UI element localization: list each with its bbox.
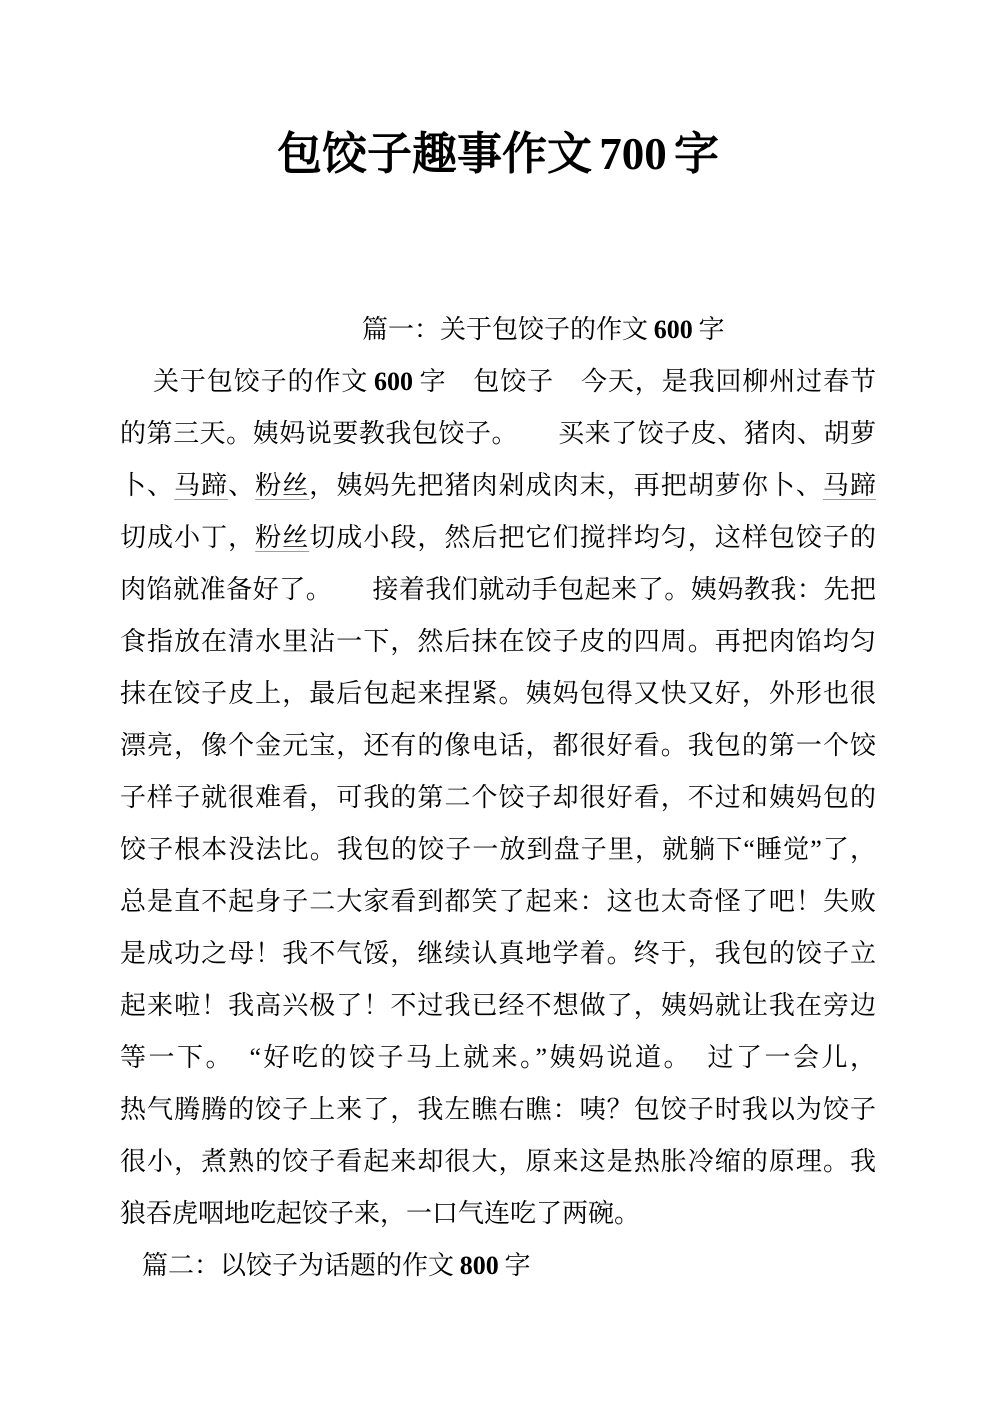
paragraph-line: 起来啦！我高兴极了！不过我已经不想做了，姨妈就让我在旁边 — [120, 980, 876, 1032]
text-run: 热气腾腾的饺子上来了，我左瞧右瞧：咦？包饺子时我以为饺子 — [120, 1095, 876, 1124]
paragraph-line: 的第三天。姨妈说要教我包饺子。 买来了饺子皮、猪肉、胡萝 — [120, 408, 876, 460]
text-run: 、 — [228, 471, 255, 500]
document-page: 包饺子趣事作文700字 篇一：关于包饺子的作文600字 关于包饺子的作文600字… — [0, 0, 993, 1404]
text-run: 的第三天。姨妈说要教我包饺子。 买来了饺子皮、猪肉、胡萝 — [120, 419, 876, 448]
paragraph-line: 漂亮，像个金元宝，还有的像电话，都很好看。我包的第一个饺 — [120, 720, 876, 772]
text-run: ，姨妈先把猪肉剁成肉末，再把胡萝你卜、 — [309, 471, 823, 500]
paragraph-line: 热气腾腾的饺子上来了，我左瞧右瞧：咦？包饺子时我以为饺子 — [120, 1084, 876, 1136]
text-run: 饺子根本没法比。我包的饺子一放到盘子里，就躺下“睡觉”了， — [120, 835, 876, 864]
number-text: 800 — [460, 1251, 499, 1280]
marked-word: 马蹄 — [174, 471, 228, 500]
text-run: 食指放在清水里沾一下，然后抹在饺子皮的四周。再把肉馅均匀 — [120, 627, 876, 656]
paragraph-line: 饺子根本没法比。我包的饺子一放到盘子里，就躺下“睡觉”了， — [120, 824, 876, 876]
document-title: 包饺子趣事作文700字 — [120, 126, 876, 182]
paragraph-line: 狼吞虎咽地吃起饺子来，一口气连吃了两碗。 — [120, 1188, 876, 1240]
text-run: 关于包饺子的作文 — [153, 367, 368, 396]
paragraph-line: 抹在饺子皮上，最后包起来捏紧。姨妈包得又快又好，外形也很 — [120, 668, 876, 720]
text-run: 起来啦！我高兴极了！不过我已经不想做了，姨妈就让我在旁边 — [120, 991, 876, 1020]
paragraph-line: 是成功之母！我不气馁，继续认真地学着。终于，我包的饺子立 — [120, 928, 876, 980]
text-run: 字 包饺子 今天，是我回柳州过春节 — [419, 367, 876, 396]
text-run: 总是直不起身子二大家看到都笑了起来：这也太奇怪了吧！失败 — [120, 887, 876, 916]
paragraph-line: 总是直不起身子二大家看到都笑了起来：这也太奇怪了吧！失败 — [120, 876, 876, 928]
text-run: 是成功之母！我不气馁，继续认真地学着。终于，我包的饺子立 — [120, 939, 876, 968]
text-run: 狼吞虎咽地吃起饺子来，一口气连吃了两碗。 — [120, 1199, 640, 1228]
number-text: 700 — [599, 129, 667, 179]
section-2-heading: 篇二：以饺子为话题的作文800字 — [142, 1240, 876, 1292]
paragraph-line: 关于包饺子的作文600字 包饺子 今天，是我回柳州过春节 — [120, 356, 876, 408]
paragraph-line: 卜、马蹄、粉丝，姨妈先把猪肉剁成肉末，再把胡萝你卜、马蹄 — [120, 460, 876, 512]
text-run: 篇一：关于包饺子的作文 — [362, 315, 648, 344]
number-text: 600 — [374, 367, 413, 396]
paragraph-line: 很小，煮熟的饺子看起来却很大，原来这是热胀冷缩的原理。我 — [120, 1136, 876, 1188]
text-run: 很小，煮熟的饺子看起来却很大，原来这是热胀冷缩的原理。我 — [120, 1147, 876, 1176]
text-run: 切成小丁， — [120, 523, 255, 552]
text-run: 抹在饺子皮上，最后包起来捏紧。姨妈包得又快又好，外形也很 — [120, 679, 876, 708]
document-content: 包饺子趣事作文700字 篇一：关于包饺子的作文600字 关于包饺子的作文600字… — [0, 0, 993, 1292]
text-run: 子样子就很难看，可我的第二个饺子却很好看，不过和姨妈包的 — [120, 783, 876, 812]
text-run: 漂亮，像个金元宝，还有的像电话，都很好看。我包的第一个饺 — [120, 731, 876, 760]
text-run: 字 — [698, 315, 724, 344]
paragraph-line: 等一下。 “好吃的饺子马上就来。”姨妈说道。 过了一会儿， — [120, 1032, 876, 1084]
marked-word: 粉丝 — [255, 523, 309, 552]
marked-word: 粉丝 — [255, 471, 309, 500]
text-run: 肉馅就准备好了。 接着我们就动手包起来了。姨妈教我：先把 — [120, 575, 876, 604]
paragraph-line: 子样子就很难看，可我的第二个饺子却很好看，不过和姨妈包的 — [120, 772, 876, 824]
section-1-heading: 篇一：关于包饺子的作文600字 — [362, 304, 876, 356]
text-run: 卜、 — [120, 471, 174, 500]
text-run: 等一下。 “好吃的饺子马上就来。”姨妈说道。 过了一会儿， — [120, 1043, 876, 1072]
marked-word: 马蹄 — [823, 471, 876, 500]
number-text: 600 — [654, 315, 693, 344]
paragraph-line: 食指放在清水里沾一下，然后抹在饺子皮的四周。再把肉馅均匀 — [120, 616, 876, 668]
section-1-paragraph: 关于包饺子的作文600字 包饺子 今天，是我回柳州过春节的第三天。姨妈说要教我包… — [120, 356, 876, 1240]
paragraph-line: 切成小丁，粉丝切成小段，然后把它们搅拌均匀，这样包饺子的 — [120, 512, 876, 564]
text-run: 字 — [504, 1251, 530, 1280]
text-run: 包饺子趣事作文 — [277, 129, 592, 179]
paragraph-line: 肉馅就准备好了。 接着我们就动手包起来了。姨妈教我：先把 — [120, 564, 876, 616]
text-run: 字 — [674, 129, 719, 179]
text-run: 切成小段，然后把它们搅拌均匀，这样包饺子的 — [309, 523, 876, 552]
text-run: 篇二：以饺子为话题的作文 — [142, 1251, 454, 1280]
